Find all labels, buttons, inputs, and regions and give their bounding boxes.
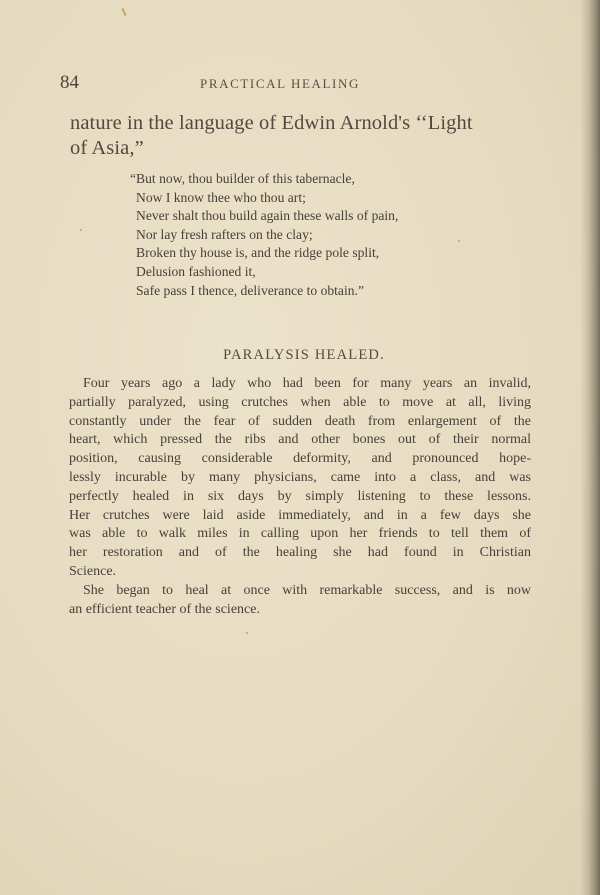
paper-speck <box>246 632 248 634</box>
verse-line: “But now, thou builder of this tabernacl… <box>130 170 398 189</box>
running-head: 84 PRACTICAL HEALING <box>60 72 540 96</box>
paragraph-line: her restoration and of the healing she h… <box>69 544 531 563</box>
paragraph-line: Science. <box>69 563 531 582</box>
intro-line: of Asia,” <box>70 137 144 160</box>
paper-blemish <box>121 8 126 16</box>
paragraph-line: lessly incurable by many physicians, cam… <box>69 469 531 488</box>
section-heading: PARALYSIS HEALED. <box>0 347 600 364</box>
paragraph-line: constantly under the fear of sudden deat… <box>69 413 531 432</box>
verse-line: Now I know thee who thou art; <box>136 189 398 208</box>
running-title: PRACTICAL HEALING <box>200 76 360 92</box>
verse-quotation: “But now, thou builder of this tabernacl… <box>136 170 398 300</box>
page-number: 84 <box>60 72 79 94</box>
paragraph-line: Her crutches were laid aside immediately… <box>69 507 531 526</box>
paragraph-line: She began to heal at once with remarkabl… <box>69 582 531 601</box>
paragraph-line: an efficient teacher of the science. <box>69 601 531 620</box>
verse-line: Nor lay fresh rafters on the clay; <box>136 226 398 245</box>
verse-line: Never shalt thou build again these walls… <box>136 207 398 226</box>
paragraph-line: partially paralyzed, using crutches when… <box>69 394 531 413</box>
verse-line: Delusion fashioned it, <box>136 263 398 282</box>
paragraph-line: Four years ago a lady who had been for m… <box>69 375 531 394</box>
paragraph-line: perfectly healed in six days by simply l… <box>69 488 531 507</box>
paragraph: She began to heal at once with remarkabl… <box>69 582 531 620</box>
paper-speck <box>80 229 82 231</box>
paragraph-line: heart, which pressed the ribs and other … <box>69 431 531 450</box>
paragraph-line: was able to walk miles in calling upon h… <box>69 525 531 544</box>
book-page: 84 PRACTICAL HEALING nature in the langu… <box>0 0 600 895</box>
verse-line: Broken thy house is, and the ridge pole … <box>136 244 398 263</box>
paper-speck <box>458 240 460 242</box>
paragraph: Four years ago a lady who had been for m… <box>69 375 531 582</box>
paragraph-line: position, causing considerable deformity… <box>69 450 531 469</box>
intro-line: nature in the language of Edwin Arnold's… <box>70 112 473 135</box>
verse-line: Safe pass I thence, deliverance to obtai… <box>136 282 398 301</box>
